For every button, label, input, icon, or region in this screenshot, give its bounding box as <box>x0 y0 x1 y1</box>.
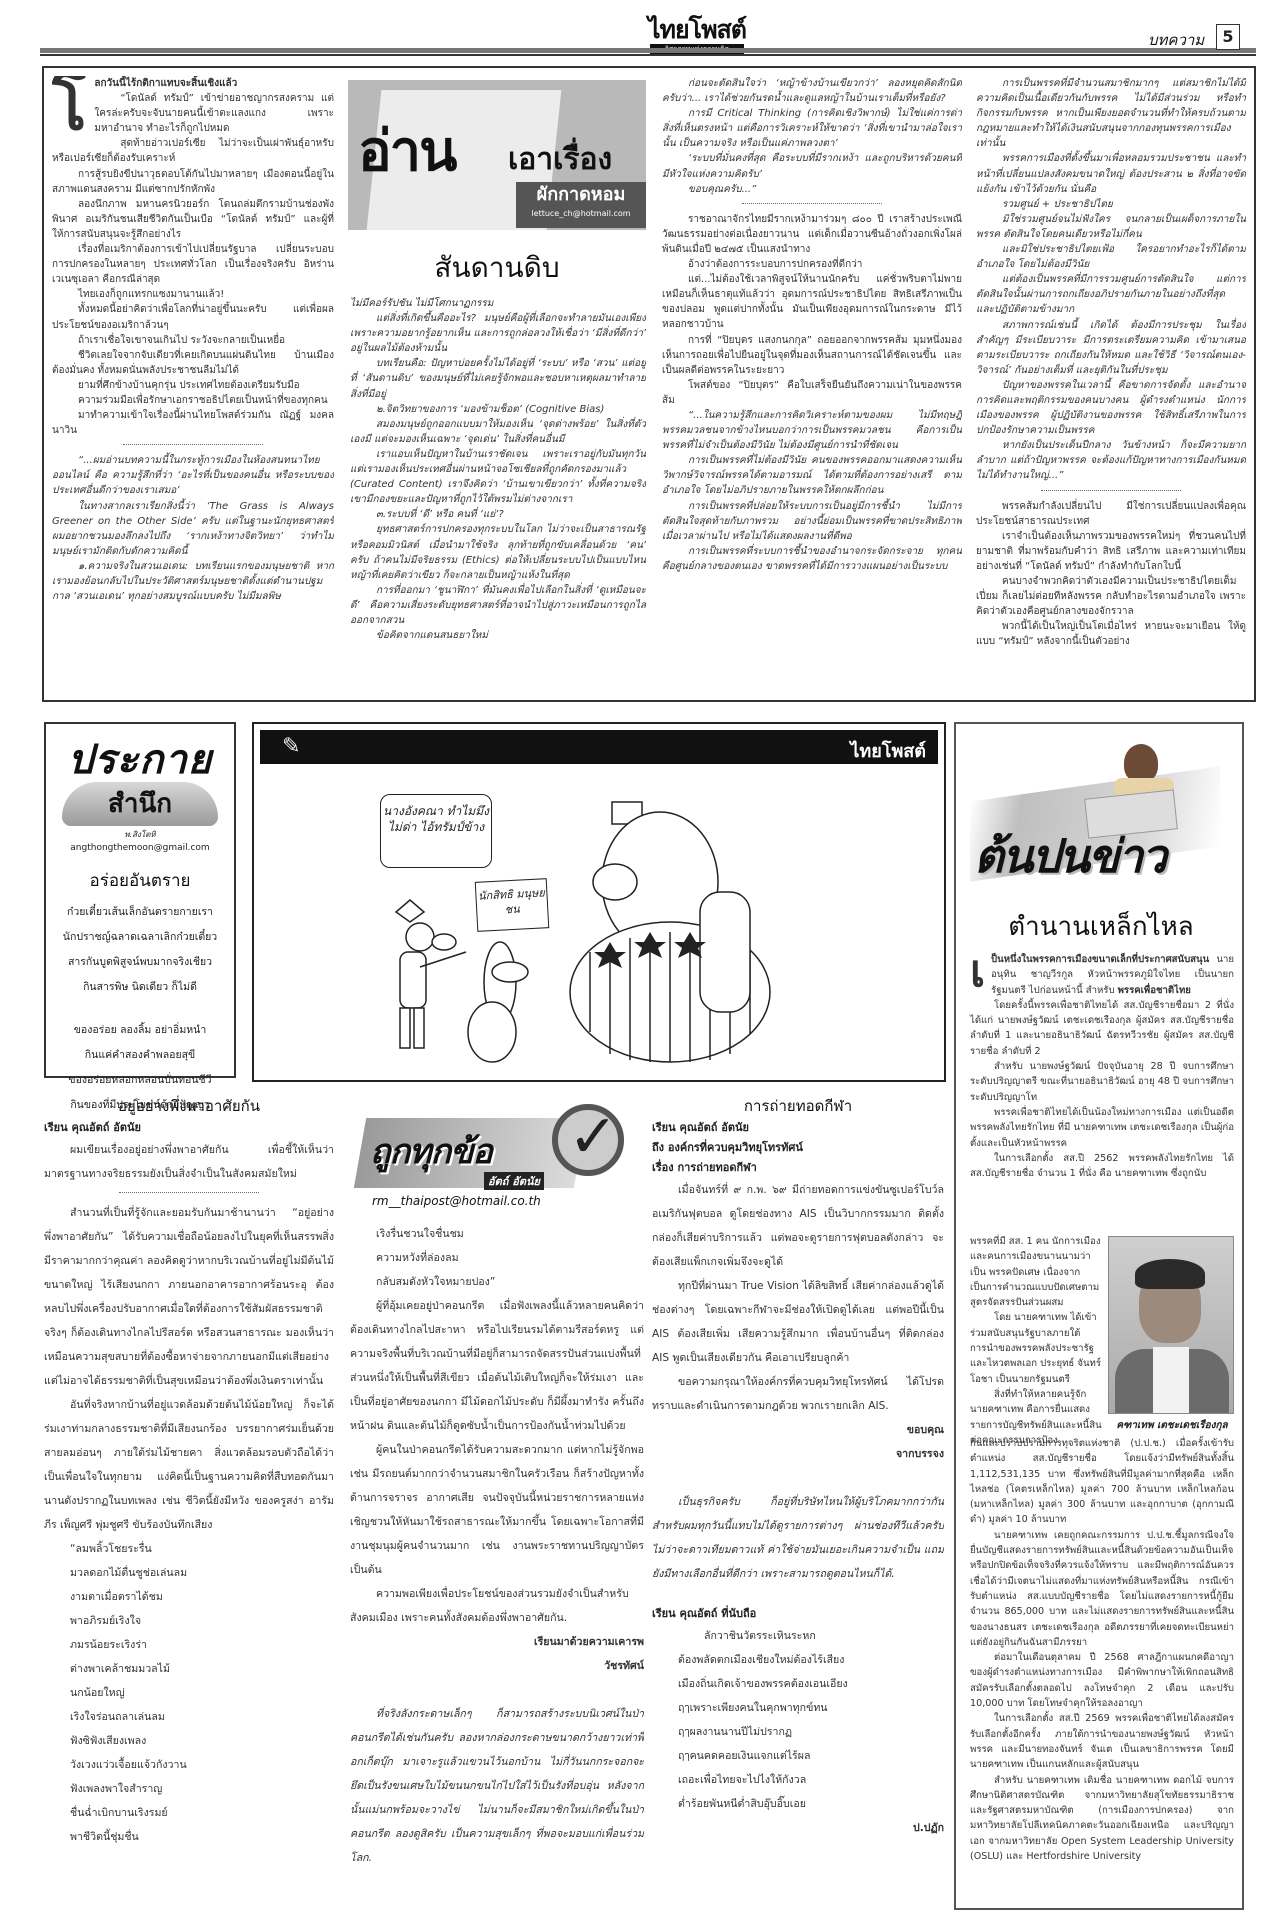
tuk-email[interactable]: rm__thaipost@hotmail.co.th <box>372 1194 541 1208</box>
song-lyrics: เริงรื่นชวนใจชื่นชม ความหวังที่ล่องลม กล… <box>350 1222 644 1294</box>
paragraph: ต่อมาในเดือนตุลาคม ปี 2568 ศาลฎีกาแผนกคด… <box>970 1650 1234 1711</box>
quote-paragraph: ๑.ความจริงในสวนเอเดน: บทเรียนแรกของมนุษย… <box>52 559 334 604</box>
poem-box-ribbon: สำนึก <box>62 782 218 826</box>
poem-line: ลักวาชินวัตรระเหินระหก <box>678 1624 944 1648</box>
letter-salutation: เรียน คุณอัตถ์ ที่นับถือ <box>652 1604 944 1624</box>
quote-paragraph: การเป็นพรรคที่ระบบการชี้นำของอำนาจกระจัด… <box>662 544 962 574</box>
cartoon-drawing: นางอังคณา ทำไมมึงไม่ด่า ไอ้ทรัมป์ข้าง นั… <box>260 772 938 1074</box>
cartoon-header-bar: ✎ ไทยโพสต์ <box>260 730 938 764</box>
paragraph: รวมศูนย์ + ประชาธิปไตย <box>976 197 1246 212</box>
paragraph: สำหรับ นายพงษ์ฐวัฒน์ ปัจจุบันอายุ 28 ปี … <box>970 1059 1234 1105</box>
paragraph: ‘ระบบที่มั่นคงที่สุด คือระบบที่มีรากเหง้… <box>662 151 962 181</box>
logo-text: ไทยโพสต์ <box>642 16 752 44</box>
banner-title-big: อ่าน <box>358 122 455 182</box>
letter-subject: เรื่อง การถ่ายทอดกีฬา <box>652 1158 944 1178</box>
paragraph: ผู้คนในป่าคอนกรีตได้รับความสะดวกมาก แต่ห… <box>350 1438 644 1582</box>
paragraph: มาทำความเข้าใจเรื่องนี้ผ่านไทยโพสต์ร่วมก… <box>52 408 334 438</box>
editor-reply: เป็นธุรกิจครับ ก็อยู่ที่บริษัทไหนให้ผู้บ… <box>652 1490 944 1586</box>
poem-line: ของอร่อยหลอกหลอนบั่นทอนชีวี <box>46 1068 234 1093</box>
lyric-line: “ลมพลิ้วโชยระรื่น <box>70 1537 334 1561</box>
lyric-line: พาชีวิตนี้ชุ่มชื่น <box>70 1825 334 1849</box>
poem-line: สารกันบูดพิสูจน์พบมากจริงเชียว <box>46 950 234 975</box>
paragraph: พรรคเพื่อชาติไทยได้เป็นน้องใหม่ทางการเมื… <box>970 1105 1234 1151</box>
dotted-separator <box>119 1192 259 1193</box>
paragraph: อันที่จริงหากบ้านที่อยู่แวดล้อมด้วยต้นไม… <box>44 1393 334 1537</box>
paragraph: แต่สิ่งที่เกิดขึ้นคืออะไร? มนุษย์คือผู้ท… <box>350 311 646 356</box>
tuk-title: ถูกทุกข้อ <box>370 1124 492 1178</box>
paragraph: พรรคการเมืองที่ตั้งขึ้นมาเพื่อหลอมรวมประ… <box>976 151 1246 196</box>
article-lead: เ ป็นหนึ่งในพรรคการเมืองขนาดเล็กที่ประกา… <box>970 952 1234 1181</box>
dotted-separator <box>742 203 882 204</box>
paragraph: สำนวนที่เป็นที่รู้จักและยอมรับกันมาช้านา… <box>44 1201 334 1393</box>
masthead-rule-thin <box>40 54 1256 56</box>
paragraph: ในการเลือกตั้ง สส.ปี 2569 พรรคเพื่อชาติไ… <box>970 1711 1234 1772</box>
paragraph: และมิใช่ประชาธิปไตยเฟ้อ ใครอยากทำอะไรก็ไ… <box>976 242 1246 272</box>
letter-title: การถ่ายทอดกีฬา <box>652 1094 944 1118</box>
paragraph: ข้อคิดจากแดนสนธยาใหม่ <box>350 628 646 643</box>
signature: ป.ปฏัก <box>652 1816 944 1840</box>
paragraph: ทั้งหมดนี้อย่าคิดว่าเพื่อโลกที่น่าอยู่ขึ… <box>52 302 334 332</box>
author-tag: ผักกาดหอม lettuce_ch@hotmail.com <box>516 182 646 228</box>
paragraph: กันและปราบปรามการทุจริตแห่งชาติ (ป.ป.ช.)… <box>970 1436 1234 1528</box>
poem-line: ของอร่อย ลองลิ้ม อย่าอิ่มหนำ <box>46 1018 234 1043</box>
paragraph: โดย นายคฑาเทพ ได้เข้าร่วมสนับสนุนรัฐบาลภ… <box>970 1310 1102 1386</box>
signoff: ขอบคุณ <box>652 1418 944 1442</box>
paragraph: มิใช่รวมศูนย์จนไม่ฟังใคร จนกลายเป็นเผด็จ… <box>976 212 1246 242</box>
letter-salutation: เรียน คุณอัตถ์ อัตนัย <box>652 1118 944 1138</box>
quote-paragraph: การเป็นพรรคที่ปล่อยให้ระบบการเป็นอยู่มีก… <box>662 499 962 544</box>
paragraph: ลองนึกภาพ มหานครนิวยอร์ก โดนถล่มตึกรามบ้… <box>52 197 334 242</box>
quote-paragraph: ในทางสากลเราเรียกสิ่งนี้ว่า ‘The Grass i… <box>52 499 334 559</box>
poem-line: นักปราชญ์ฉลาดเฉลาเลิกก๋วยเตี๋ยว <box>46 925 234 950</box>
poem-line: ฤๅผลงานนานปีไม่ปรากฏ <box>678 1720 944 1744</box>
quote-paragraph: “...ในความรู้สึกและการคิดวิเคราะห์ตามของ… <box>662 408 962 453</box>
lyric-line: มวลดอกไม้ตื่นชูช่อเล่นลม <box>70 1561 334 1585</box>
paragraph: ไม่มีคอร์รัปชัน ไม่มีโศกนาฏกรรม <box>350 296 646 311</box>
paragraph: โพสต์ของ “ปิยบุตร” คือใบเสร็จยืนยันถึงคว… <box>662 378 962 408</box>
dotted-separator <box>123 444 263 445</box>
paragraph: เรื่องที่อเมริกาต้องการเข้าไปเปลี่ยนรัฐบ… <box>52 242 334 287</box>
lyric-line: ฟังเพลงพาใจสำราญ <box>70 1777 334 1801</box>
poem-line: เถอะเพื่อไทยจะไปไงให้กังวล <box>678 1768 944 1792</box>
paragraph: ยามที่ศึกข้างบ้านคุกรุ่น ประเทศไทยต้องเต… <box>52 378 334 393</box>
paragraph: เมื่อจันทร์ที่ ๙ ก.พ. ๖๙ มีถ่ายทอดการแข่… <box>652 1178 944 1274</box>
paragraph: พวกนี้ได้เป็นใหญ่เป็นโตเมื่อไหร่ หายนะจะ… <box>976 619 1246 649</box>
column-banner: อ่าน เอาเรื่อง ผักกาดหอม lettuce_ch@hotm… <box>348 80 646 230</box>
paragraph: การเป็นพรรคที่มีจำนวนสมาชิกมากๆ แต่สมาชิ… <box>976 76 1246 151</box>
poem-email[interactable]: angthongthemoon@gmail.com <box>46 843 234 853</box>
paragraph: สำหรับ นายคฑาเทพ เดิมชื่อ นายคฑาเทพ ดอกไ… <box>970 1773 1234 1865</box>
dropcap: โ <box>52 78 86 138</box>
lyric-line: ฟังซิฟังเสียงเพลง <box>70 1729 334 1753</box>
paragraph: ผมเขียนเรื่องอยู่อย่างพึ่งพาอาศัยกัน เพื… <box>44 1138 334 1186</box>
paragraph: ทุกปีที่ผ่านมา True Vision ได้ลิขสิทธิ์ … <box>652 1274 944 1370</box>
paragraph: การที่ “ปิยบุตร แสงกนกกุล” ถอยออกจากพรรค… <box>662 333 962 378</box>
poem-line: ฤๅคนคดคอยเงินแจกแต่ไร้ผล <box>678 1744 944 1768</box>
column-logo-tuk: ถูกทุกข้อ อัตถ์ อัตนัย ✓ rm__thaipost@ho… <box>352 1096 642 1206</box>
paragraph: ราชอาณาจักรไทยมีรากเหง้ามาร่วมๆ ๘๐๐ ปี เ… <box>662 212 962 257</box>
tuk-author: อัตถ์ อัตนัย <box>484 1172 544 1190</box>
paragraph: “โดนัลด์ ทรัมป์” เข้าข่ายอาชญากรสงคราม แ… <box>52 91 334 136</box>
lead-line: ลกวันนี้ไร้กติกาแทบจะสิ้นเชิงแล้ว <box>52 76 334 91</box>
column-right: การเป็นพรรคที่มีจำนวนสมาชิกมากๆ แต่สมาชิ… <box>976 76 1246 696</box>
paragraph: สุดท้ายอ่าวเปอร์เซีย ไม่ว่าจะเป็นเผ่าพัน… <box>52 136 334 166</box>
paragraph: บทเรียนคือ: ปัญหาบ่อยครั้งไม่ได้อยู่ที่ … <box>350 356 646 401</box>
paragraph: ถ้าเราเชื่อใจเขาจนเกินไป ระวังจะกลายเป็น… <box>52 333 334 348</box>
paragraph: ยุทธศาสตร์การปกครองทุกระบบในโลก ไม่ว่าจะ… <box>350 522 646 582</box>
poem-line: ต้องพลัดตกเมืองเชียงใหม่ต้องไร้เสียง <box>678 1648 944 1672</box>
author-email[interactable]: lettuce_ch@hotmail.com <box>516 208 646 220</box>
paragraph: ความพอเพียงเพื่อประโยชน์ของส่วนรวมยังจำเ… <box>350 1582 644 1630</box>
lyric-line: ต่างพาเคล้าชมมวลไม้ <box>70 1657 334 1681</box>
article-headline: ตำนานเหล็กไหล <box>956 906 1246 947</box>
paragraph: ขอบคุณครับ...” <box>662 182 962 197</box>
paragraph: ผู้ที่อุ้มเคยอยู่ป่าคอนกรีต เมื่อฟังเพลง… <box>350 1294 644 1438</box>
column-logo: ต้นปนข่าว <box>974 820 1165 893</box>
paragraph: การสู้รบยิงขีปนาวุธตอบโต้กันไปมาหลายๆ เม… <box>52 167 334 197</box>
column-reader-body: ไม่มีคอร์รัปชัน ไม่มีโศกนาฏกรรม แต่สิ่งท… <box>350 296 646 696</box>
poem-box-logo: ประกาย <box>46 738 234 782</box>
paragraph: เราแอบเห็นปัญหาในบ้านเราชัดเจน เพราะเราอ… <box>350 447 646 507</box>
signoff: เรียนมาด้วยความเคารพ <box>350 1630 644 1654</box>
paragraph: การมี Critical Thinking (การคิดเชิงวิพาก… <box>662 106 962 151</box>
paragraph: ความร่วมมือเพื่อรักษาเอกราชอธิปไตยเป็นหน… <box>52 393 334 408</box>
dotted-separator <box>1041 490 1181 491</box>
paragraph: สภาพการณ์เช่นนี้ เกิดได้ ต้องมีการประชุม… <box>976 318 1246 378</box>
paragraph: ก่อนจะตัดสินใจว่า ‘หญ้าข้างบ้านเขียวกว่า… <box>662 76 962 106</box>
paragraph: หากยังเป็นประเด็นปีกลาง วันข้างหน้า ก็จะ… <box>976 438 1246 483</box>
letter-column-3: การถ่ายทอดกีฬา เรียน คุณอัตถ์ อัตนัย ถึง… <box>652 1094 944 1918</box>
letter-salutation: เรียน คุณอัตถ์ อัตนัย <box>44 1118 334 1138</box>
paragraph: ชีวิตเลยใจจากจับเดียวที่เคยเกิดบนแผ่นดิน… <box>52 348 334 378</box>
lyric-line: นกน้อยใหญ่ <box>70 1681 334 1705</box>
paragraph: นายคฑาเทพ เคยถูกคณะกรรมการ ป.ป.ช.ชี้มูลก… <box>970 1528 1234 1650</box>
poem: ลักวาชินวัตรระเหินระหก ต้องพลัดตกเมืองเช… <box>652 1624 944 1816</box>
masthead-rule <box>40 48 1256 53</box>
song-lyrics: “ลมพลิ้วโชยระรื่น มวลดอกไม้ตื่นชูช่อเล่น… <box>44 1537 334 1849</box>
lyric-line: ชื่นฉ่ำเบิกบานเริงรมย์ <box>70 1801 334 1825</box>
letter-column-1: อยู่อย่างพึ่งพาอาศัยกัน เรียน คุณอัตถ์ อ… <box>44 1094 334 1914</box>
section-label: บทความ <box>1148 28 1204 52</box>
paragraph: สมองมนุษย์ถูกออกแบบมาให้มองเห็น ‘จุดด่าง… <box>350 417 646 447</box>
poem-stanza: ก๋วยเตี๋ยวเส้นเล็กอันตรายกายเรา นักปราชญ… <box>46 900 234 1118</box>
paragraph: ปัญหาของพรรคในเวลานี้ คือขาดการจัดตั้ง แ… <box>976 378 1246 438</box>
poem-box: ประกาย สำนึก พ.สิงโตหิ angthongthemoon@g… <box>44 722 236 1078</box>
poem-line: เมืองถิ่นเกิดเจ้าของพรรคต้องเอนเอียง <box>678 1672 944 1696</box>
cartoonist-mascot-icon: ✎ <box>282 734 300 759</box>
paragraph: โดยครั้งนี้พรรคเพื่อชาติไทยได้ สส.บัญชีร… <box>970 998 1234 1059</box>
paragraph: เราจำเป็นต้องเห็นภาพรวมของพรรคใหม่ๆ ที่ช… <box>976 529 1246 574</box>
cartoon-illustration-icon <box>260 772 938 1074</box>
paragraph: แต่ต้องเป็นพรรคที่มีการรวมศูนย์การตัดสิน… <box>976 272 1246 317</box>
column-third: ก่อนจะตัดสินใจว่า ‘หญ้าข้างบ้านเขียวกว่า… <box>662 76 962 696</box>
dropcap: เ <box>970 952 985 992</box>
article-wrap-text: พรรคที่มี สส. 1 คน นักการเมืองและคนการเม… <box>970 1234 1102 1448</box>
paragraph: คนบางจำพวกคิดว่าตัวเองมีความเป็นประชาธิป… <box>976 574 1246 619</box>
paragraph: แต่...ไม่ต้องใช้เวลาพิสูจน์ให้นานนักครับ… <box>662 272 962 332</box>
poem-line: ต่ำร้อยพันหนีต่ำสิบอุ๊บอิ๊บเอย <box>678 1792 944 1816</box>
poem-title: อร่อยอันตราย <box>46 867 234 894</box>
speech-bubble: นางอังคณา ทำไมมึงไม่ด่า ไอ้ทรัมป์ข้าง <box>380 794 492 868</box>
lyric-line: ภมรน้อยระเริงร่า <box>70 1633 334 1657</box>
paragraph: พรรคส้มกำลังเปลี่ยนไป มีใช่การเปลี่ยนแปล… <box>976 499 1246 529</box>
lyric-line: เริงใจร่อนถลาเล่นลม <box>70 1705 334 1729</box>
checkmark-icon: ✓ <box>552 1104 624 1176</box>
lyric-line: เริงรื่นชวนใจชื่นชม <box>376 1222 644 1246</box>
poem-line: กินแค่คำสองคำพลอยสุขี <box>46 1043 234 1068</box>
paragraph: ๓.ระบบที่ ‘ดี’ หรือ คนที่ ‘แย่’? <box>350 507 646 522</box>
editor-reply: ที่จริงลังกระดาษเล็กๆ ก็สามารถสร้างระบบน… <box>350 1702 644 1870</box>
article-body: กันและปราบปรามการทุจริตแห่งชาติ (ป.ป.ช.)… <box>970 1436 1234 1864</box>
quote-paragraph: การเป็นพรรคที่ไม่ต้องมีวินัย คนของพรรคออ… <box>662 453 962 498</box>
paragraph: การที่ออกมา ‘ชูนาฬิกา’ ที่มันคงเพื่อไปเล… <box>350 583 646 628</box>
lyric-line: ความหวังที่ล่องลม <box>376 1246 644 1270</box>
paragraph: พรรคที่มี สส. 1 คน นักการเมืองและคนการเม… <box>970 1234 1102 1310</box>
signature: วัชรทัศน์ <box>350 1654 644 1678</box>
signature: จากบรรจง <box>652 1442 944 1466</box>
party-name: พรรคเพื่อชาติไทย <box>1118 985 1191 996</box>
paragraph: อ้างว่าต้องการระบอบการปกครองที่ดีกว่า <box>662 257 962 272</box>
quote-paragraph: “...ผมอ่านบทความนี้ในกระทู้การเมืองในห้อ… <box>52 453 334 498</box>
paragraph: ไทยเองก็ถูกแทรกแซงมานานแล้ว! <box>52 287 334 302</box>
letter-title: อยู่อย่างพึ่งพาอาศัยกัน <box>44 1094 334 1118</box>
page-number: 5 <box>1216 24 1240 50</box>
lyric-line: พาอภิรมย์เริงใจ <box>70 1609 334 1633</box>
letter-column-2: เริงรื่นชวนใจชื่นชม ความหวังที่ล่องลม กล… <box>350 1222 644 1918</box>
letter-recipient: ถึง องค์กรที่ควบคุมวิทยุโทรทัศน์ <box>652 1138 944 1158</box>
lyric-line: วังเวงแว่วเจื้อยแจ้วกังวาน <box>70 1753 334 1777</box>
cartoon-sign: นักสิทธิ มนุษยชน <box>475 878 550 932</box>
poem-author: พ.สิงโตหิ <box>46 828 234 841</box>
editorial-cartoon: ✎ ไทยโพสต์ <box>252 722 946 1082</box>
banner-title-small: เอาเรื่อง <box>508 136 612 183</box>
news-column-box: ต้นปนข่าว ตำนานเหล็กไหล เ ป็นหนึ่งในพรรค… <box>954 722 1244 1910</box>
cartoon-brand: ไทยโพสต์ <box>850 736 926 765</box>
lyric-line: งามตาเมื่อตราได้ชม <box>70 1585 334 1609</box>
poem-line: ฤๅเพราะเพียงคนในคุกพาทุกข์ทน <box>678 1696 944 1720</box>
paragraph: ๒.จิตวิทยาของการ ‘มองข้ามช็อต’ (Cognitiv… <box>350 402 646 417</box>
portrait-photo <box>1108 1236 1234 1414</box>
lyric-line: กลับสมดังหัวใจหมายปอง” <box>376 1270 644 1294</box>
article-headline: สันดานดิบ <box>348 246 646 290</box>
paragraph: ในการเลือกตั้ง สส.ปี 2562 พรรคพลังไทยรัก… <box>970 1151 1234 1182</box>
lead-bold: ป็นหนึ่งในพรรคการเมืองขนาดเล็กที่ประกาศส… <box>991 954 1209 965</box>
column-left: โ ลกวันนี้ไร้กติกาแทบจะสิ้นเชิงแล้ว “โดน… <box>52 76 334 696</box>
photo-caption: คฑาเทพ เตชะเดชเรืองกุล <box>1102 1418 1242 1433</box>
poem-line: ก๋วยเตี๋ยวเส้นเล็กอันตรายกายเรา <box>46 900 234 925</box>
author-name: ผักกาดหอม <box>516 182 646 208</box>
paragraph: ขอความกรุณาให้องค์กรที่ควบคุมวิทยุโทรทัศ… <box>652 1370 944 1418</box>
poem-line: กินสารพิษ นิดเดียว ก็ไม่ดี <box>46 975 234 1000</box>
